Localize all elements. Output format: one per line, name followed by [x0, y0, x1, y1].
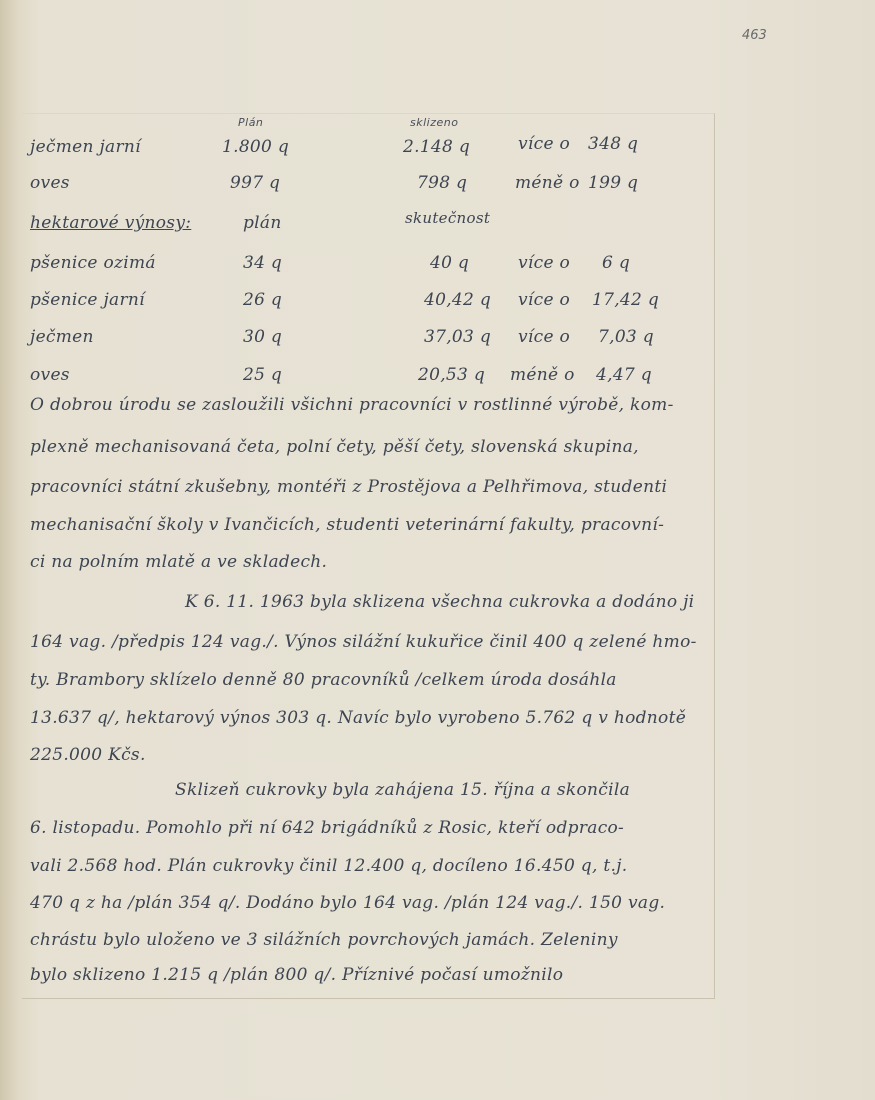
plan-value: 30 q: [243, 327, 282, 347]
text-line: bylo sklizeno 1.215 q /plán 800 q/. Příz…: [30, 965, 563, 985]
actual-value: 20,53 q: [418, 365, 485, 385]
text-line: 225.000 Kčs.: [30, 745, 146, 765]
crop-name: oves: [30, 173, 70, 193]
diff-value: 4,47 q: [596, 365, 652, 385]
diff-value: 6 q: [602, 253, 630, 273]
actual-value: 37,03 q: [424, 327, 491, 347]
plan-value: 997 q: [230, 173, 280, 193]
table1-header-harvested: sklizeno: [410, 116, 458, 129]
text-line: K 6. 11. 1963 byla sklizena všechna cukr…: [185, 592, 694, 612]
plan-value: 25 q: [243, 365, 282, 385]
plan-value: 26 q: [243, 290, 282, 310]
text-line: chrástu bylo uloženo ve 3 silážních povr…: [30, 930, 618, 950]
actual-value: 40,42 q: [424, 290, 491, 310]
text-line: 13.637 q/, hektarový výnos 303 q. Navíc …: [30, 708, 686, 728]
text-line: Sklizeň cukrovky byla zahájena 15. října…: [175, 780, 630, 800]
actual-value: 40 q: [430, 253, 469, 273]
diff-label: méně o: [515, 173, 580, 193]
text-line: ci na polním mlatě a ve skladech.: [30, 552, 327, 572]
diff-value: 17,42 q: [592, 290, 659, 310]
diff-value: 348 q: [588, 134, 638, 154]
text-line: ty. Brambory sklízelo denně 80 pracovník…: [30, 670, 617, 690]
text-line: vali 2.568 hod. Plán cukrovky činil 12.4…: [30, 856, 627, 876]
hectare-yields-title: hektarové výnosy:: [30, 213, 191, 233]
text-line: mechanisační školy v Ivančicích, student…: [30, 515, 664, 535]
text-line: 164 vag. /předpis 124 vag./. Výnos siláž…: [30, 632, 697, 652]
plan-value: 1.800 q: [222, 137, 289, 157]
table2-header-actual: skutečnost: [405, 209, 490, 227]
crop-name: ječmen jarní: [30, 137, 141, 157]
actual-value: 2.148 q: [403, 137, 470, 157]
diff-label: více o: [518, 253, 570, 273]
crop-name: pšenice ozimá: [30, 253, 156, 273]
diff-label: méně o: [510, 365, 575, 385]
diff-value: 7,03 q: [598, 327, 654, 347]
diff-value: 199 q: [588, 173, 638, 193]
plan-value: 34 q: [243, 253, 282, 273]
table2-header-plan: plán: [243, 213, 282, 233]
text-line: 6. listopadu. Pomohlo při ní 642 brigádn…: [30, 818, 624, 838]
text-line: plexně mechanisovaná četa, polní čety, p…: [30, 437, 639, 457]
page-number: 463: [742, 28, 767, 43]
crop-name: ječmen: [30, 327, 94, 347]
actual-value: 798 q: [417, 173, 467, 193]
ledger-page: 463 Plán sklizeno ječmen jarní 1.800 q 2…: [0, 0, 875, 1100]
text-line: 470 q z ha /plán 354 q/. Dodáno bylo 164…: [30, 893, 665, 913]
crop-name: pšenice jarní: [30, 290, 145, 310]
text-line: pracovníci státní zkušebny, montéři z Pr…: [30, 477, 667, 497]
crop-name: oves: [30, 365, 70, 385]
diff-label: více o: [518, 327, 570, 347]
diff-label: více o: [518, 290, 570, 310]
text-line: O dobrou úrodu se zasloužili všichni pra…: [30, 395, 674, 415]
diff-label: více o: [518, 134, 570, 154]
table1-header-plan: Plán: [238, 116, 263, 129]
